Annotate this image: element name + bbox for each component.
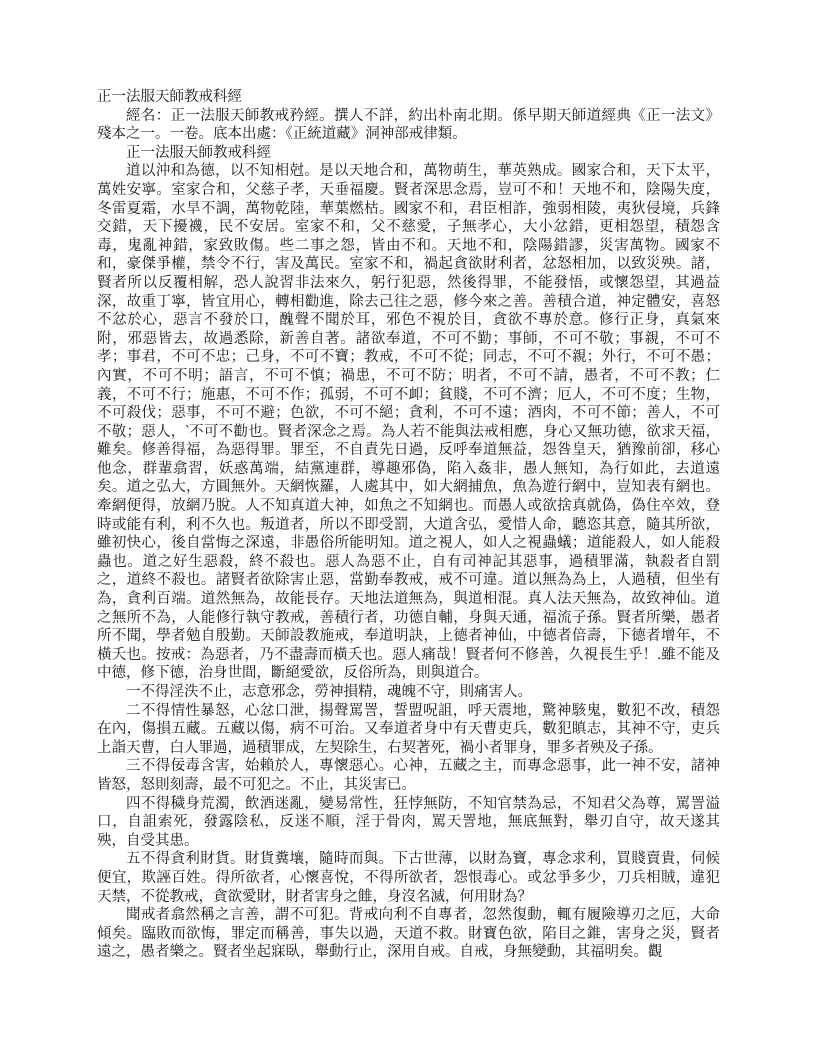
paragraph-precept-4: 四不得穢身荒濁，飲酒迷亂，變易常性，狂悖無防，不知官禁為忌，不知君父為尊，罵詈溢… xyxy=(97,795,720,851)
paragraph-precept-1: 一不得淫泆不止，志意邪念，勞神損精，魂魄不守，則痛害人。 xyxy=(97,683,720,702)
document-page: 正一法服天師教戒科經 經名：正一法服天師教戒矜經。撰人不詳，約出朴南北期。係早期… xyxy=(0,0,816,1056)
paragraph-closing: 聞戒者翕然稱之言善，謂不可犯。背戒向利不自專者，忽然復動，輒有履險導刃之厄，大命… xyxy=(97,906,720,962)
paragraph-precept-3: 三不得佞毒含害，始賴於人，專懷惡心。心神，五藏之主，而專念惡事，此一神不安，諸神… xyxy=(97,757,720,794)
paragraph-main-text: 道以沖和為德，以不知相尅。是以天地合和，萬物萌生，華英熟成。國家合和，天下太平，… xyxy=(97,162,720,683)
paragraph-inner-title: 正一法服天師教戒科經 xyxy=(97,144,720,163)
paragraph-precept-5: 五不得貪利財貨。財貨糞壤，隨時而與。下古世薄，以財為寶，專念求利，買賤賣貴，伺候… xyxy=(97,850,720,906)
paragraph-colophon: 經名：正一法服天師教戒矜經。撰人不詳，約出朴南北期。係早期天師道經典《正一法文》… xyxy=(97,107,720,144)
document-title: 正一法服天師教戒科經 xyxy=(97,88,720,107)
paragraph-precept-2: 二不得情性暴怒，心忿口泄，揚聲罵詈，誓盟呪詛，呼天震地，驚神駭鬼，數犯不改，積怨… xyxy=(97,702,720,758)
